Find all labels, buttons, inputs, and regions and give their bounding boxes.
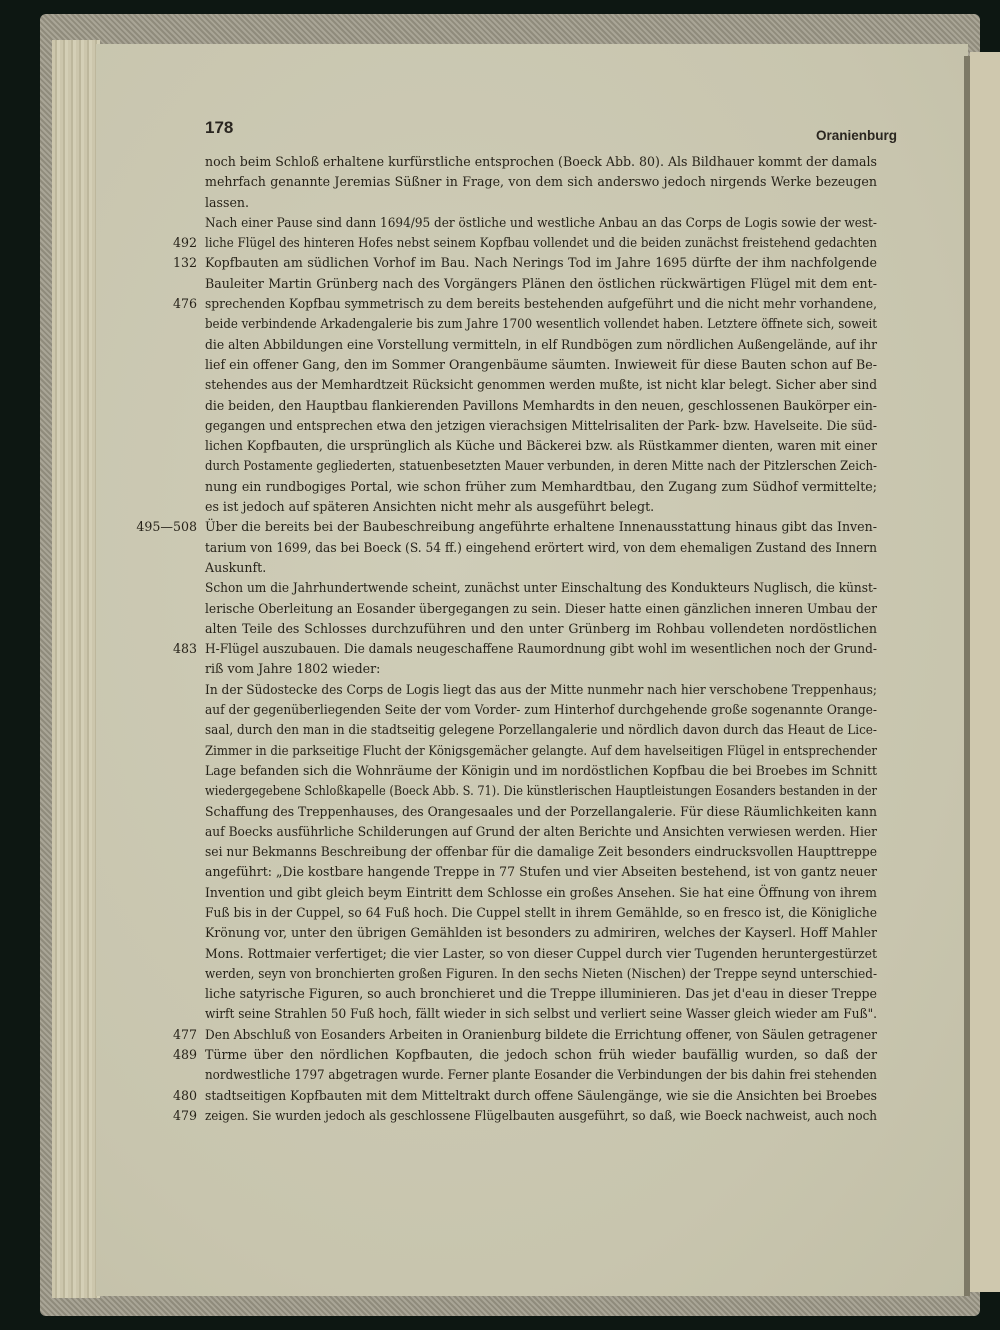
line-text: lief ein offener Gang, den im Sommer Ora… xyxy=(205,355,877,375)
text-line: Türme über den nördlichen Kopfbauten, di… xyxy=(205,1045,877,1065)
line-text: es ist jedoch auf späteren Ansichten nic… xyxy=(205,497,654,517)
line-text: tarium von 1699, das bei Boeck (S. 54 ff… xyxy=(205,538,877,558)
text-line: Krönung vor, unter den übrigen Gemählden… xyxy=(205,923,877,943)
line-text: auf Boecks ausführliche Schilderungen au… xyxy=(205,822,877,842)
text-line: Über die bereits bei der Baubeschreibung… xyxy=(205,517,877,537)
line-text: Auskunft. xyxy=(205,558,266,578)
line-text: Bauleiter Martin Grünberg nach des Vorgä… xyxy=(205,274,877,294)
line-text: Schon um die Jahrhundertwende scheint, z… xyxy=(205,578,877,598)
text-line: Invention und gibt gleich beym Eintritt … xyxy=(205,883,877,903)
line-text: zeigen. Sie wurden jedoch als geschlosse… xyxy=(205,1106,877,1126)
line-text: die beiden, den Hauptbau flankierenden P… xyxy=(205,396,877,416)
text-line: tarium von 1699, das bei Boeck (S. 54 ff… xyxy=(205,538,877,558)
text-line: gegangen und entsprechen etwa den jetzig… xyxy=(205,416,877,436)
text-line: angeführt: „Die kostbare hangende Treppe… xyxy=(205,862,877,882)
line-text: Invention und gibt gleich beym Eintritt … xyxy=(205,883,877,903)
line-text: lichen Kopfbauten, die ursprünglich als … xyxy=(205,436,877,456)
text-line: riß vom Jahre 1802 wieder: xyxy=(205,659,877,679)
text-line: zeigen. Sie wurden jedoch als geschlosse… xyxy=(205,1106,877,1126)
text-line: lichen Kopfbauten, die ursprünglich als … xyxy=(205,436,877,456)
line-text: Zimmer in die parkseitige Flucht der Kön… xyxy=(205,741,877,761)
line-text: Lage befanden sich die Wohnräume der Kön… xyxy=(205,761,877,781)
text-line: mehrfach genannte Jeremias Süßner in Fra… xyxy=(205,172,877,192)
text-line: H-Flügel auszubauen. Die damals neugesch… xyxy=(205,639,877,659)
text-line: Den Abschluß von Eosanders Arbeiten in O… xyxy=(205,1025,877,1045)
text-line: saal, durch den man in die stadtseitig g… xyxy=(205,720,877,740)
line-text: durch Postamente gegliederten, statuenbe… xyxy=(205,456,877,476)
facing-page-edge xyxy=(970,52,1000,1292)
line-text: Krönung vor, unter den übrigen Gemählden… xyxy=(205,923,877,943)
text-line: Lage befanden sich die Wohnräume der Kön… xyxy=(205,761,877,781)
line-text: mehrfach genannte Jeremias Süßner in Fra… xyxy=(205,172,877,192)
line-text: In der Südostecke des Corps de Logis lie… xyxy=(205,680,877,700)
page-edges xyxy=(52,40,100,1298)
text-line: Zimmer in die parkseitige Flucht der Kön… xyxy=(205,741,877,761)
text-line: Bauleiter Martin Grünberg nach des Vorgä… xyxy=(205,274,877,294)
line-text: alten Teile des Schlosses durchzuführen … xyxy=(205,619,877,639)
text-line: alten Teile des Schlosses durchzuführen … xyxy=(205,619,877,639)
page-number: 178 xyxy=(205,118,233,138)
line-text: Schaffung des Treppenhauses, des Oranges… xyxy=(205,802,877,822)
line-text: stadtseitigen Kopfbauten mit dem Mittelt… xyxy=(205,1086,877,1106)
margin-reference-number: 495—508 xyxy=(136,517,197,537)
line-text: Fuß bis in der Cuppel, so 64 Fuß hoch. D… xyxy=(205,903,877,923)
text-line: In der Südostecke des Corps de Logis lie… xyxy=(205,680,877,700)
line-text: wiedergegebene Schloßkapelle (Boeck Abb.… xyxy=(205,781,877,801)
line-text: Kopfbauten am südlichen Vorhof im Bau. N… xyxy=(205,253,877,273)
line-text: gegangen und entsprechen etwa den jetzig… xyxy=(205,416,877,436)
text-line: Auskunft. xyxy=(205,558,877,578)
text-line: durch Postamente gegliederten, statuenbe… xyxy=(205,456,877,476)
line-text: liche satyrische Figuren, so auch bronch… xyxy=(205,984,877,1004)
text-line: es ist jedoch auf späteren Ansichten nic… xyxy=(205,497,877,517)
line-text: Mons. Rottmaier verfertiget; die vier La… xyxy=(205,944,877,964)
line-text: lassen. xyxy=(205,193,249,213)
text-line: stehendes aus der Memhardtzeit Rücksicht… xyxy=(205,375,877,395)
text-line: lerische Oberleitung an Eosander übergeg… xyxy=(205,599,877,619)
text-line: Fuß bis in der Cuppel, so 64 Fuß hoch. D… xyxy=(205,903,877,923)
text-line: nordwestliche 1797 abgetragen wurde. Fer… xyxy=(205,1065,877,1085)
line-text: noch beim Schloß erhaltene kurfürstliche… xyxy=(205,152,877,172)
line-text: Den Abschluß von Eosanders Arbeiten in O… xyxy=(205,1025,877,1045)
line-text: wirft seine Strahlen 50 Fuß hoch, fällt … xyxy=(205,1004,877,1024)
line-text: nordwestliche 1797 abgetragen wurde. Fer… xyxy=(205,1065,877,1085)
text-line: werden, seyn von bronchierten großen Fig… xyxy=(205,964,877,984)
line-text: Über die bereits bei der Baubeschreibung… xyxy=(205,517,877,537)
line-text: stehendes aus der Memhardtzeit Rücksicht… xyxy=(205,375,877,395)
line-text: H-Flügel auszubauen. Die damals neugesch… xyxy=(205,639,877,659)
text-line: Kopfbauten am südlichen Vorhof im Bau. N… xyxy=(205,253,877,273)
text-line: Mons. Rottmaier verfertiget; die vier La… xyxy=(205,944,877,964)
line-text: auf der gegenüberliegenden Seite der vom… xyxy=(205,700,877,720)
line-text: liche Flügel des hinteren Hofes nebst se… xyxy=(205,233,877,253)
line-text: sprechenden Kopfbau symmetrisch zu dem b… xyxy=(205,294,877,314)
text-line: nung ein rundbogiges Portal, wie schon f… xyxy=(205,477,877,497)
text-line: sprechenden Kopfbau symmetrisch zu dem b… xyxy=(205,294,877,314)
line-text: angeführt: „Die kostbare hangende Treppe… xyxy=(205,862,877,882)
line-text: die alten Abbildungen eine Vorstellung v… xyxy=(205,335,877,355)
text-line: beide verbindende Arkadengalerie bis zum… xyxy=(205,314,877,334)
text-line: Schaffung des Treppenhauses, des Oranges… xyxy=(205,802,877,822)
line-text: werden, seyn von bronchierten großen Fig… xyxy=(205,964,877,984)
margin-reference-number: 132 xyxy=(173,253,197,273)
body-text: noch beim Schloß erhaltene kurfürstliche… xyxy=(205,152,877,1126)
line-text: nung ein rundbogiges Portal, wie schon f… xyxy=(205,477,877,497)
text-line: auf der gegenüberliegenden Seite der vom… xyxy=(205,700,877,720)
line-text: Nach einer Pause sind dann 1694/95 der ö… xyxy=(205,213,877,233)
text-line: wirft seine Strahlen 50 Fuß hoch, fällt … xyxy=(205,1004,877,1024)
margin-reference-number: 483 xyxy=(173,639,197,659)
line-text: sei nur Bekmanns Beschreibung der offenb… xyxy=(205,842,877,862)
text-line: sei nur Bekmanns Beschreibung der offenb… xyxy=(205,842,877,862)
margin-reference-number: 480 xyxy=(173,1086,197,1106)
text-line: Schon um die Jahrhundertwende scheint, z… xyxy=(205,578,877,598)
line-text: riß vom Jahre 1802 wieder: xyxy=(205,659,380,679)
line-text: lerische Oberleitung an Eosander übergeg… xyxy=(205,599,877,619)
page-header: 178 Oranienburg xyxy=(205,118,895,144)
line-text: beide verbindende Arkadengalerie bis zum… xyxy=(205,314,877,334)
text-line: wiedergegebene Schloßkapelle (Boeck Abb.… xyxy=(205,781,877,801)
margin-reference-number: 479 xyxy=(173,1106,197,1126)
text-line: lassen. xyxy=(205,193,877,213)
running-head: Oranienburg xyxy=(816,128,897,143)
text-line: liche satyrische Figuren, so auch bronch… xyxy=(205,984,877,1004)
text-line: liche Flügel des hinteren Hofes nebst se… xyxy=(205,233,877,253)
line-text: Türme über den nördlichen Kopfbauten, di… xyxy=(205,1045,877,1065)
line-text: saal, durch den man in die stadtseitig g… xyxy=(205,720,877,740)
text-line: Nach einer Pause sind dann 1694/95 der ö… xyxy=(205,213,877,233)
text-line: die beiden, den Hauptbau flankierenden P… xyxy=(205,396,877,416)
text-line: auf Boecks ausführliche Schilderungen au… xyxy=(205,822,877,842)
text-line: noch beim Schloß erhaltene kurfürstliche… xyxy=(205,152,877,172)
text-line: lief ein offener Gang, den im Sommer Ora… xyxy=(205,355,877,375)
margin-reference-number: 492 xyxy=(173,233,197,253)
text-line: die alten Abbildungen eine Vorstellung v… xyxy=(205,335,877,355)
margin-reference-number: 477 xyxy=(173,1025,197,1045)
margin-reference-number: 489 xyxy=(173,1045,197,1065)
text-line: stadtseitigen Kopfbauten mit dem Mittelt… xyxy=(205,1086,877,1106)
margin-reference-number: 476 xyxy=(173,294,197,314)
